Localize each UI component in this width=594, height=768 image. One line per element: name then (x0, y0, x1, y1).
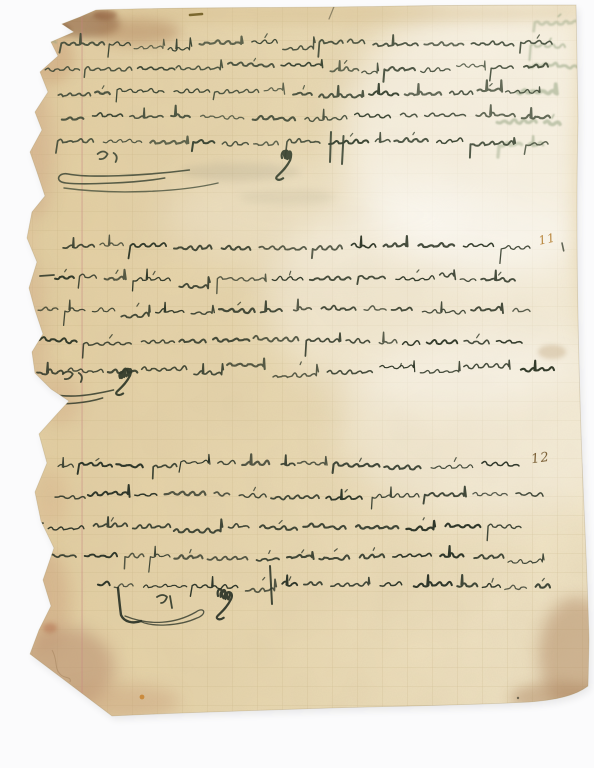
paper-stain (18, 80, 54, 220)
scanned-document-page: 11 12 (0, 0, 594, 768)
paper-stain (43, 623, 57, 633)
ink-speck (517, 697, 519, 699)
paper-stain (16, 260, 48, 420)
manuscript-scan: 11 12 (0, 0, 594, 768)
ink-dash-mark (40, 275, 54, 276)
paper-stain (12, 40, 32, 440)
ink-dash-mark (190, 14, 202, 15)
handwriting-word-stroke (31, 17, 58, 28)
signature-flourish (330, 132, 331, 162)
paper-stain (239, 189, 335, 205)
paper-stain (32, 470, 68, 530)
handwriting-word-stroke (23, 554, 34, 569)
paper-stain (93, 10, 117, 20)
paper-stain (26, 32, 74, 84)
paper-stain (40, 374, 80, 426)
handwriting-word-stroke (497, 120, 536, 124)
paper-stain (538, 345, 566, 359)
ink-dash-mark (30, 523, 43, 524)
paper-stain (96, 19, 180, 45)
ink-speck (140, 695, 145, 700)
margin-number-12: 12 (530, 450, 550, 467)
paper-stain (54, 25, 70, 35)
